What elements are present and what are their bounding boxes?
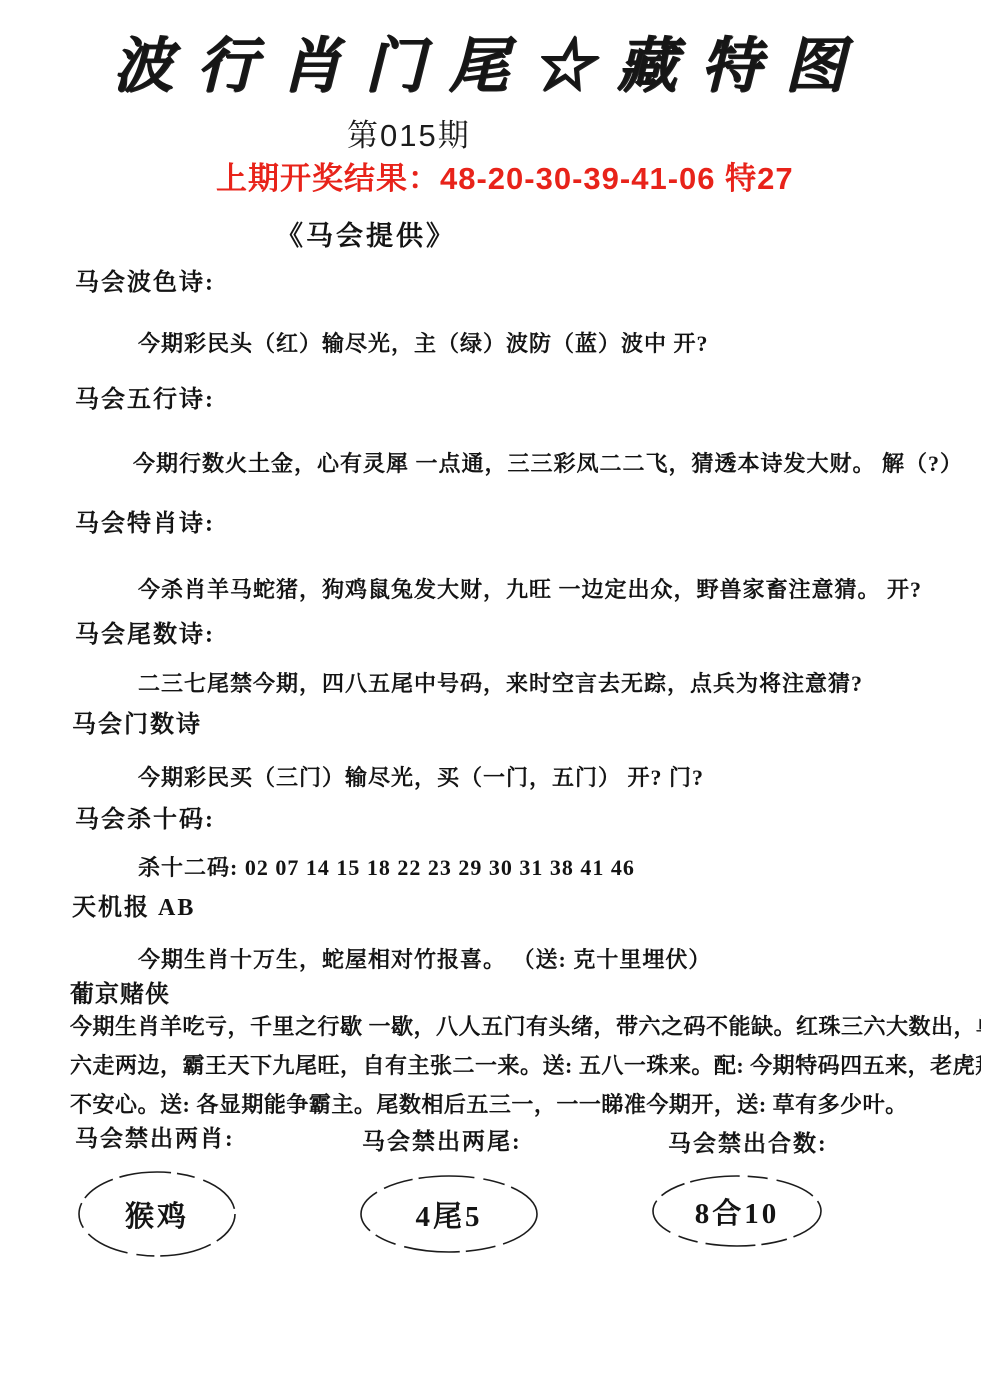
section-heading-tianji: 天机报 AB: [72, 887, 195, 922]
issue-number: 第015期: [347, 110, 471, 155]
section-heading-shama: 马会杀十码:: [75, 799, 215, 834]
forbidden-tail-oval: 4尾5: [358, 1172, 540, 1256]
pujing-line: 今期生肖羊吃亏，千里之行歇 一歇，八人五门有头绪，带六之码不能缺。红珠三六大数出…: [70, 1010, 981, 1041]
forbidden-zodiac-label: 马会禁出两肖:: [75, 1120, 235, 1153]
forbidden-tail-label: 马会禁出两尾:: [362, 1123, 522, 1156]
section-poem-wuxing: 今期行数火土金，心有灵犀 一点通，三三彩凤二二飞，猜透本诗发大财。 解（?）: [133, 447, 963, 478]
tip-sheet-page: 波行肖门尾☆藏特图 第015期 上期开奖结果：48-20-30-39-41-06…: [0, 0, 981, 1388]
forbidden-zodiac-oval: 猴鸡: [76, 1168, 238, 1260]
section-heading-pujing: 葡京赌侠: [70, 974, 170, 1009]
section-heading-weishu: 马会尾数诗:: [75, 614, 215, 649]
section-kill-numbers: 杀十二码: 02 07 14 15 18 22 23 29 30 31 38 4…: [138, 851, 635, 882]
section-poem-bose: 今期彩民头（红）输尽光，主（绿）波防（蓝）波中 开?: [138, 327, 709, 358]
pujing-line: 不安心。送: 各显期能争霸主。尾数相后五三一，一一睇准今期开，送: 草有多少叶。: [70, 1088, 908, 1119]
pujing-line: 六走两边，霸王天下九尾旺，自有主张二一来。送: 五八一珠来。配: 今期特码四五来…: [70, 1049, 981, 1080]
section-heading-wuxing: 马会五行诗:: [75, 379, 215, 414]
forbidden-zodiac-value: 猴鸡: [125, 1194, 189, 1235]
section-heading-bose: 马会波色诗:: [75, 262, 215, 297]
provider-line: 《马会提供》: [276, 214, 456, 253]
section-poem-weishu: 二三七尾禁今期，四八五尾中号码，来时空言去无踪，点兵为将注意猜?: [138, 667, 863, 698]
section-poem-texiao: 今杀肖羊马蛇猪，狗鸡鼠兔发大财，九旺 一边定出众，野兽家畜注意猜。 开?: [138, 573, 922, 604]
forbidden-tail-value: 4尾5: [415, 1194, 482, 1235]
forbidden-sum-oval: 8合10: [650, 1172, 824, 1250]
forbidden-sum-label: 马会禁出合数:: [668, 1125, 828, 1158]
section-heading-menshu: 马会门数诗: [72, 704, 202, 739]
page-title: 波行肖门尾☆藏特图: [0, 18, 981, 104]
section-poem-menshu: 今期彩民买（三门）输尽光，买（一门，五门） 开? 门?: [138, 761, 704, 792]
last-draw-result: 上期开奖结果：48-20-30-39-41-06 特27: [216, 153, 794, 198]
section-heading-texiao: 马会特肖诗:: [75, 503, 215, 538]
forbidden-sum-value: 8合10: [695, 1191, 780, 1232]
section-poem-tianji: 今期生肖十万生，蛇屋相对竹报喜。 （送: 克十里埋伏）: [138, 943, 711, 974]
